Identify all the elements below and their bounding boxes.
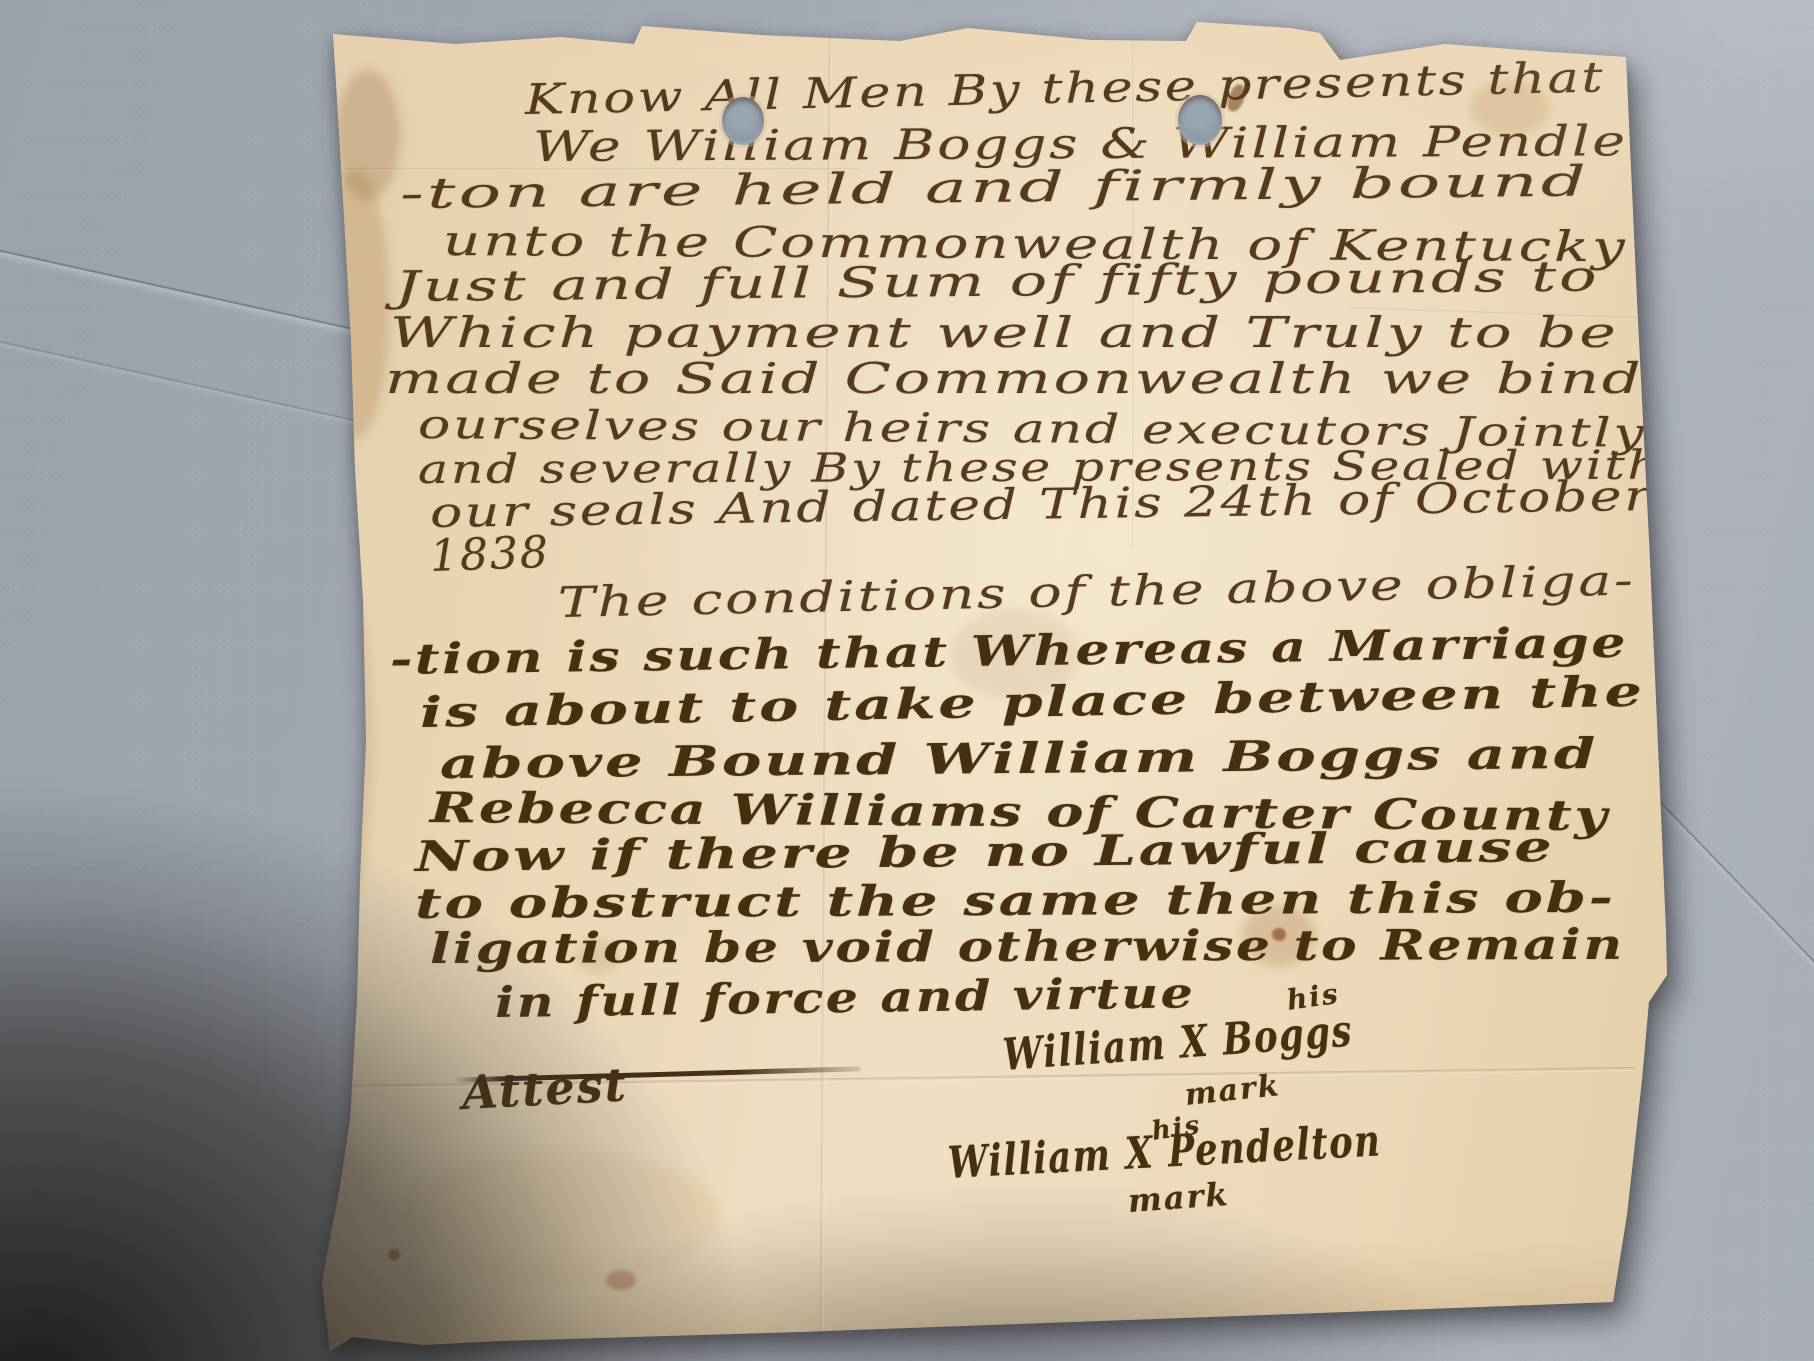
body-line-11: 1838 [429,527,551,582]
stain-dot [388,1249,400,1260]
body-line-17: Now if there be no Lawful cause [415,822,1555,881]
body-line-1: Know All Men By these presents that [524,52,1605,124]
stain [606,1270,636,1290]
body-line-15: above Bound William Boggs and [440,729,1598,788]
body-line-19: ligation be void otherwise to Remain [430,920,1625,973]
paper-shadow-wrap: Know All Men By these presents thatWe Wi… [0,0,1814,1361]
stain [400,1150,720,1280]
stain [318,170,390,440]
body-line-6: Which payment well and Truly to be [390,308,1619,357]
attest-label-24: Attest [461,1057,629,1120]
signature-mark-23: mark [1183,1068,1282,1113]
body-line-20: in full force and virtue [495,968,1196,1027]
stain [336,70,400,200]
body-line-7: made to Said Commonwealth we bind [385,354,1643,403]
body-line-12: The conditions of the above obliga- [557,555,1635,627]
signature-name-26: William X Pendelton [947,1116,1383,1190]
body-line-5: Just and full Sum of fifty pounds to [395,251,1600,311]
signature-mark-27: mark [1127,1175,1231,1220]
photograph-of-document: Know All Men By these presents thatWe Wi… [0,0,1814,1361]
document-paper: Know All Men By these presents thatWe Wi… [0,0,1814,1361]
punch-hole-1 [722,97,764,145]
body-line-18: to obstruct the same then this ob- [415,872,1616,927]
stain [322,590,374,900]
punch-hole-2 [1178,95,1222,145]
